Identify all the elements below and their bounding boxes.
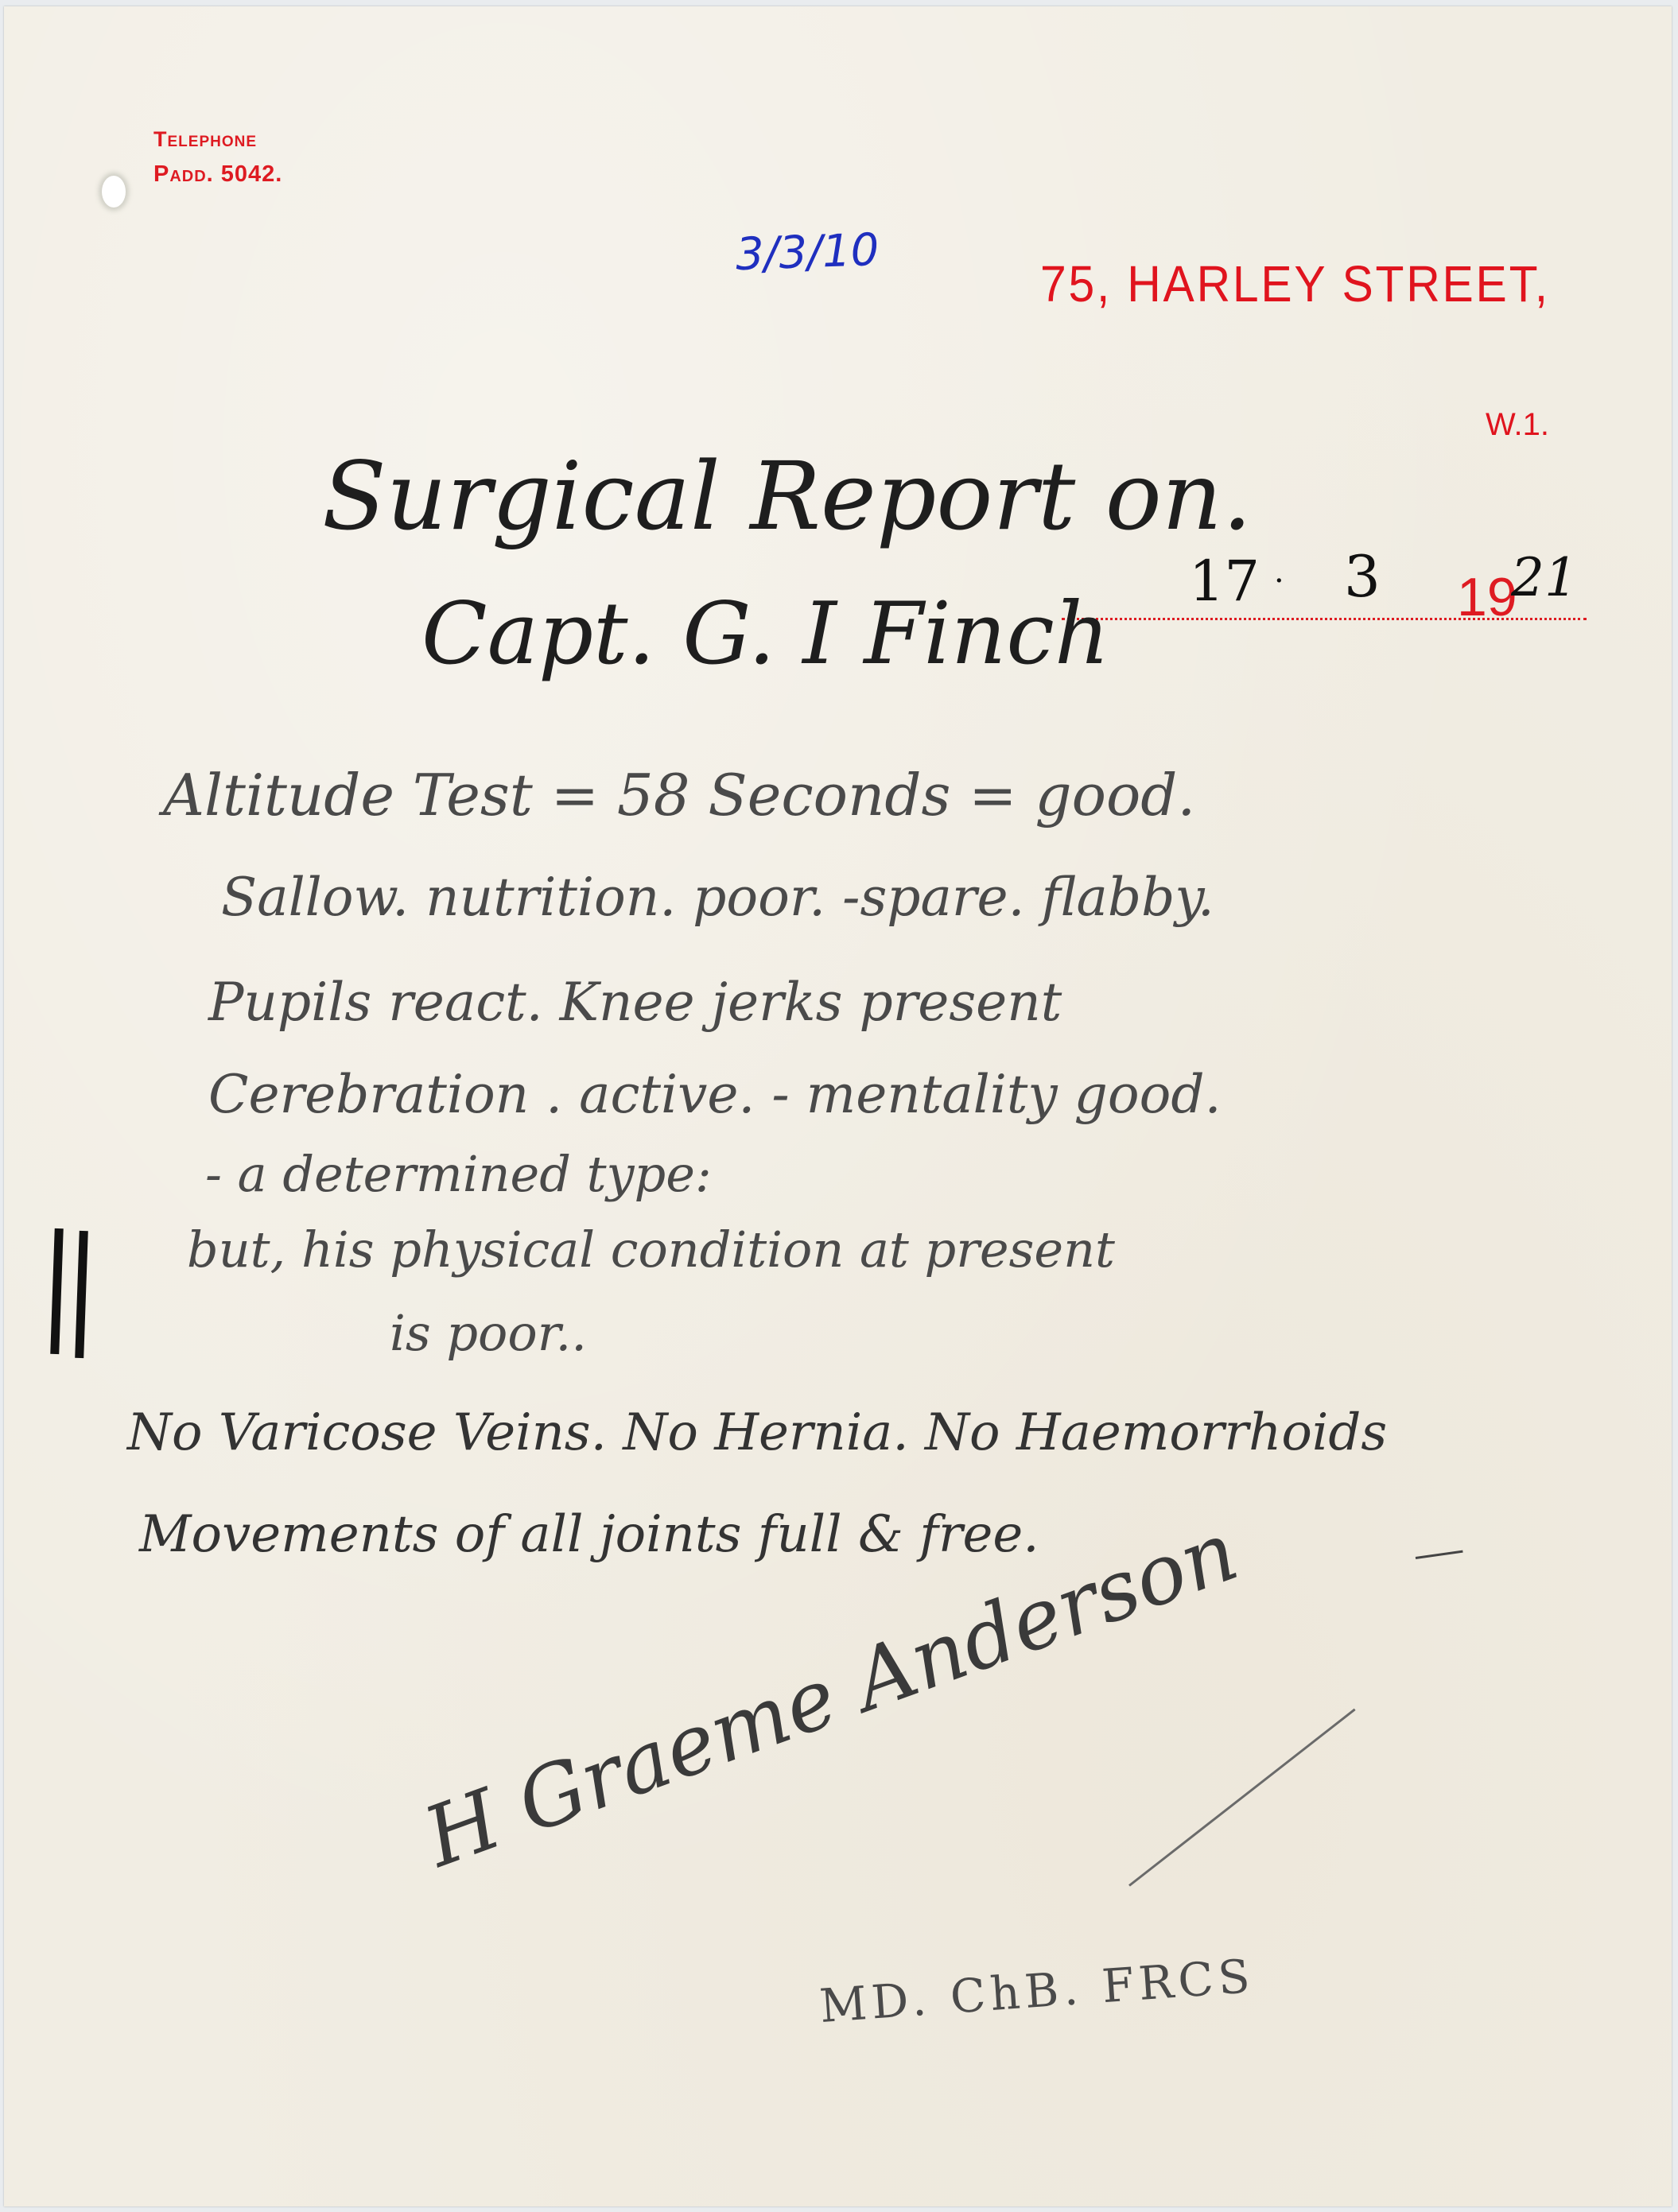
- address-line-1: 75, HARLEY STREET,: [1040, 254, 1550, 313]
- body-line-physical-condition: but, his physical condition at present: [187, 1220, 1115, 1279]
- report-title: Surgical Report on.: [322, 441, 1252, 551]
- body-line-cerebration: Cerebration . active. - mentality good.: [208, 1064, 1222, 1125]
- date-month: 3: [1344, 543, 1381, 610]
- date-year-printed: 19: [1457, 566, 1517, 628]
- punch-hole: [102, 176, 126, 208]
- telephone-label: Telephone: [153, 127, 257, 152]
- body-line-poor: is poor..: [390, 1304, 587, 1362]
- patient-name: Capt. G. I Finch: [421, 584, 1109, 684]
- telephone-number: Padd. 5042.: [153, 161, 282, 188]
- body-line-type: - a determined type:: [205, 1145, 712, 1203]
- date-year-handwritten: 21: [1511, 547, 1578, 608]
- body-line-reflexes: Pupils react. Knee jerks present: [208, 972, 1062, 1033]
- date-day: 17: [1189, 549, 1260, 614]
- body-line-appearance: Sallow. nutrition. poor. -spare. flabby.: [221, 867, 1214, 928]
- archive-annotation: 3/3/10: [735, 224, 880, 281]
- address-line-2: W.1.: [1486, 407, 1549, 443]
- body-line-altitude-test: Altitude Test = 58 Seconds = good.: [163, 762, 1195, 829]
- date-separator: ·: [1274, 563, 1284, 600]
- body-line-movements: Movements of all joints full & free.: [139, 1505, 1039, 1564]
- body-line-negatives: No Varicose Veins. No Hernia. No Haemorr…: [127, 1403, 1387, 1462]
